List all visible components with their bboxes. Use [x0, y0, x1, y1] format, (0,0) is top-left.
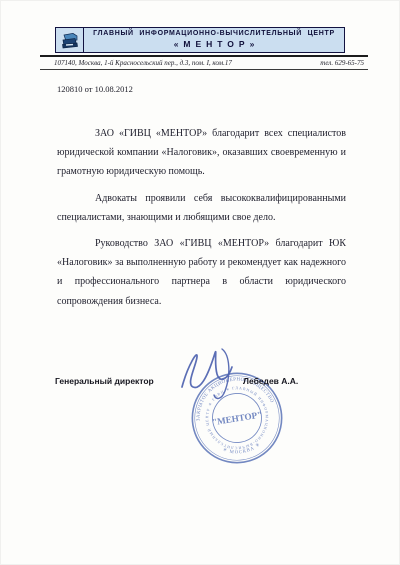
scanned-letter-page: ГЛАВНЫЙ ИНФОРМАЦИОННО-ВЫЧИСЛИТЕЛЬНЫЙ ЦЕН…	[0, 0, 400, 565]
letter-body: ЗАО «ГИВЦ «МЕНТОР» благодарит всех специ…	[57, 124, 346, 318]
letterhead-box: ГЛАВНЫЙ ИНФОРМАЦИОННО-ВЫЧИСЛИТЕЛЬНЫЙ ЦЕН…	[55, 27, 345, 53]
reference-number: 120810 от 10.08.2012	[57, 84, 133, 94]
org-header-text: ГЛАВНЫЙ ИНФОРМАЦИОННО-ВЫЧИСЛИТЕЛЬНЫЙ ЦЕН…	[84, 28, 344, 52]
letterhead: ГЛАВНЫЙ ИНФОРМАЦИОННО-ВЫЧИСЛИТЕЛЬНЫЙ ЦЕН…	[40, 27, 368, 70]
stamp-center-text: "МЕНТОР"	[211, 409, 262, 427]
letterhead-rule-thin	[40, 69, 368, 70]
letter-paragraph: Руководство ЗАО «ГИВЦ «МЕНТОР» благодари…	[57, 234, 346, 311]
signature-block: Генеральный директор Лебедев А.А.	[0, 376, 400, 388]
org-title: ГЛАВНЫЙ ИНФОРМАЦИОННО-ВЫЧИСЛИТЕЛЬНЫЙ ЦЕН…	[84, 30, 344, 39]
signature-name: Лебедев А.А.	[243, 376, 298, 386]
letter-paragraph: Адвокаты проявили себя высококвалифициро…	[57, 189, 346, 227]
org-name: «МЕНТОР»	[84, 39, 344, 50]
signature-title: Генеральный директор	[55, 376, 154, 386]
handwritten-signature	[178, 341, 244, 405]
logo-cell	[56, 28, 84, 52]
org-address: 107140, Москва, 1-й Красносельский пер.,…	[54, 59, 232, 67]
printer-terminal-icon	[60, 32, 80, 49]
org-phone: тел. 629-65-75	[320, 59, 364, 67]
letter-paragraph: ЗАО «ГИВЦ «МЕНТОР» благодарит всех специ…	[57, 124, 346, 182]
address-row: 107140, Москва, 1-й Красносельский пер.,…	[40, 57, 368, 69]
